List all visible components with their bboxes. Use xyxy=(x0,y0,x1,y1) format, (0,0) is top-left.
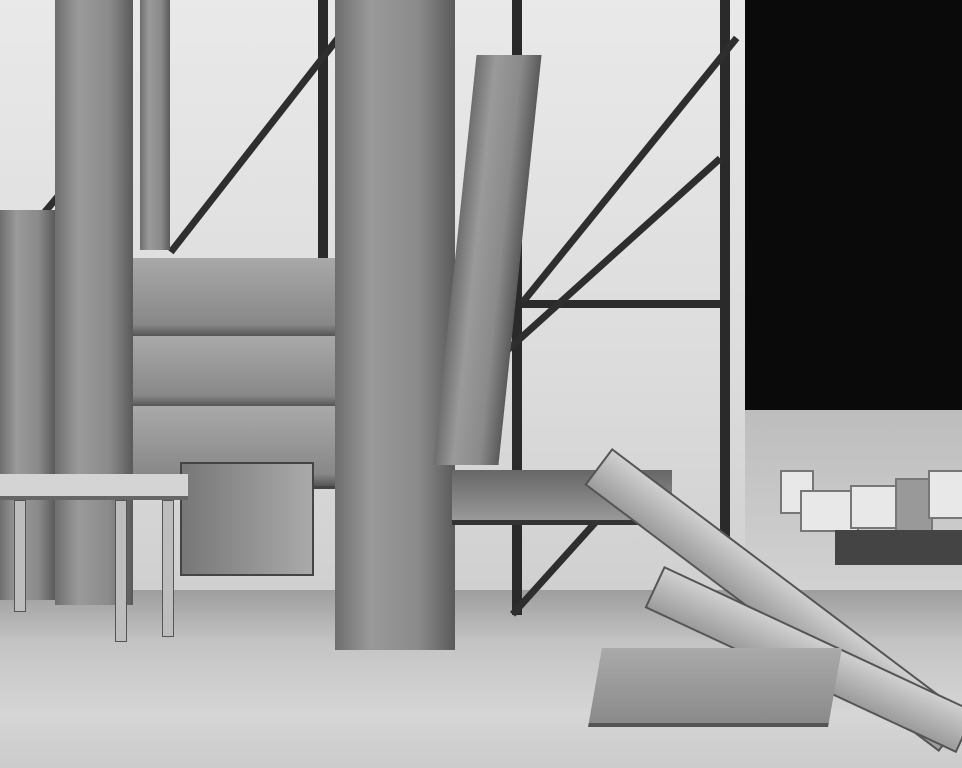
wall-board xyxy=(132,336,342,409)
block-base xyxy=(835,530,962,565)
scaffold-pole xyxy=(318,0,328,270)
table-top xyxy=(0,474,188,500)
scaffold-pole xyxy=(720,0,730,575)
table-leg xyxy=(162,500,174,637)
dark-curtain xyxy=(745,0,962,420)
wooden-post xyxy=(335,0,455,650)
table-leg xyxy=(14,500,26,612)
photo-scene xyxy=(0,0,962,768)
table-leg xyxy=(115,500,127,642)
block xyxy=(850,485,899,529)
wooden-post xyxy=(140,0,170,250)
floor-slab xyxy=(588,648,842,727)
wooden-post xyxy=(0,210,55,600)
wall-board xyxy=(132,258,342,339)
block xyxy=(928,470,962,519)
chair xyxy=(180,462,314,576)
